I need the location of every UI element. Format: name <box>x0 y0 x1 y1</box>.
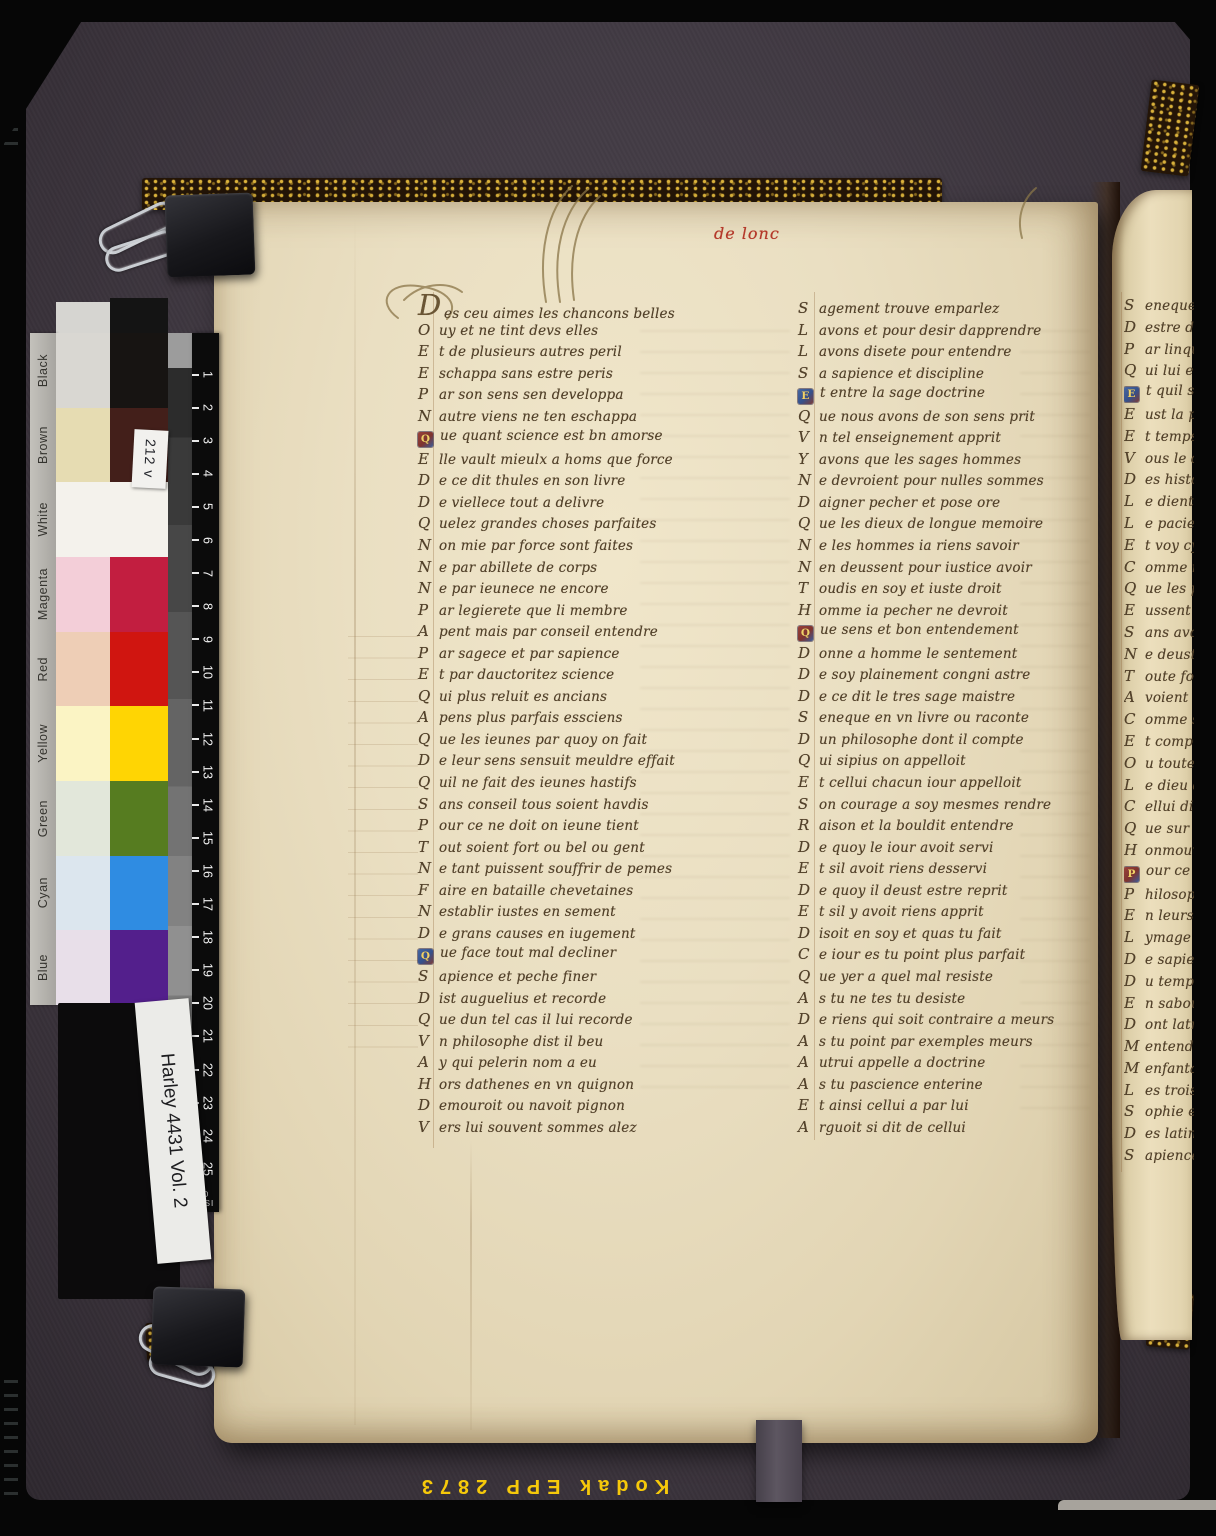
verse-text: onne a homme le sentement <box>819 646 1017 662</box>
ruler-tick <box>192 738 199 740</box>
manuscript-line: Cellui dieu es <box>1124 797 1194 819</box>
verse-text: ue les pa <box>1145 581 1194 597</box>
versal-initial: P <box>418 385 439 403</box>
versal-initial: E <box>1124 906 1145 924</box>
ruler-number: 2 <box>201 404 214 411</box>
verse-text: t par dauctoritez science <box>439 667 614 683</box>
manuscript-line: Nen deussent pour iustice avoir <box>798 558 1054 580</box>
versal-initial: T <box>418 838 439 856</box>
ruler-number: 5 <box>201 503 214 510</box>
verse-text: en deussent pour iustice avoir <box>819 560 1032 576</box>
versal-initial: Q <box>798 751 819 769</box>
color-name-label: Black <box>30 333 56 408</box>
manuscript-line: Philosophes <box>1124 885 1194 907</box>
verse-text: u toutes h <box>1145 756 1194 772</box>
versal-initial: V <box>418 1032 439 1050</box>
ruler-tick <box>192 572 199 574</box>
verse-text: omme ia pecher ne devroit <box>819 603 1008 619</box>
versal-initial: C <box>1124 558 1145 576</box>
manuscript-line: Arguoit si dit de cellui <box>798 1118 1054 1140</box>
verse-text: ors dathenes en vn quignon <box>439 1077 634 1093</box>
verse-text: ar linqui <box>1145 342 1194 358</box>
manuscript-line: Apens plus parfais essciens <box>418 708 675 730</box>
versal-initial: E <box>418 342 439 360</box>
verse-text: emouroit ou navoit pignon <box>439 1098 625 1114</box>
color-tint-patch <box>56 781 110 856</box>
manuscript-line: Que nous avons de son sens prit <box>798 407 1054 429</box>
verse-text: onmouvoie <box>1145 843 1194 859</box>
ruler-tick <box>192 936 199 938</box>
verse-text: autre viens ne ten eschappa <box>439 409 637 425</box>
verse-text: uy et ne tint devs elles <box>439 323 598 339</box>
color-solid-patch <box>110 706 168 781</box>
versal-initial: E <box>418 665 439 683</box>
manuscript-line: Qui sipius on appelloit <box>798 751 1054 773</box>
versal-initial: A <box>798 1053 819 1071</box>
versal-initial: D <box>798 924 819 942</box>
versal-initial: S <box>1124 1146 1145 1164</box>
manuscript-line: Sagement trouve emparlez <box>798 299 1054 321</box>
color-tint-patch <box>56 930 110 1005</box>
verse-text: ar sagece et par sapience <box>439 646 620 662</box>
manuscript-line: Disoit en soy et quas tu fait <box>798 924 1054 946</box>
verse-text: es troisgo <box>1145 1083 1194 1099</box>
versal-initial: D <box>798 687 819 705</box>
versal-initial: S <box>1124 1102 1145 1120</box>
manuscript-line: Par sagece et par sapience <box>418 644 675 666</box>
ruler-mark: 4 <box>192 457 219 490</box>
ruler-mark: 3 <box>192 424 219 457</box>
versal-initial: D <box>798 644 819 662</box>
ruler-mark: 20 <box>192 987 219 1020</box>
versal-initial: L <box>1124 776 1145 794</box>
manuscript-line: Et sil y avoit riens apprit <box>798 902 1054 924</box>
color-chart-row <box>56 557 168 632</box>
manuscript-line: Seneque en vn livre ou raconte <box>798 708 1054 730</box>
versal-initial: D <box>418 493 439 511</box>
verse-text: e quoy le iour avoit servi <box>819 840 994 856</box>
manuscript-line: De leur sens sensuit meuldre effait <box>418 751 675 773</box>
versal-initial: Q <box>798 514 819 532</box>
versal-initial: D <box>1124 470 1145 488</box>
verse-text: t ainsi cellui a par lui <box>819 1098 969 1114</box>
ruler-number: 12 <box>201 732 214 746</box>
ruler-mark: 19 <box>192 954 219 987</box>
color-chart-label-strip: BlackBrownWhiteMagentaRedYellowGreenCyan… <box>30 333 56 1005</box>
versal-initial: V <box>418 1118 439 1136</box>
versal-initial: H <box>418 1075 439 1093</box>
ruler-tick <box>192 638 199 640</box>
verse-text: t sil avoit riens desservi <box>819 861 987 877</box>
color-name-label: Yellow <box>30 706 56 781</box>
manuscript-line: Ne par abillete de corps <box>418 558 675 580</box>
verse-text: ui sipius on appelloit <box>819 753 966 769</box>
ruler-tick <box>192 870 199 872</box>
versal-initial: L <box>1124 514 1145 532</box>
versal-initial: N <box>798 471 819 489</box>
manuscript-line: Quil ne fait des ieunes hastifs <box>418 773 675 795</box>
verse-text: ous le dec <box>1145 451 1194 467</box>
verse-text: e viellece tout a delivre <box>439 495 604 511</box>
manuscript-line: Que les dieux de longue memoire <box>798 514 1054 536</box>
color-tint-patch <box>56 333 110 408</box>
versal-initial: A <box>418 622 439 640</box>
manuscript-line: Dist auguelius et recorde <box>418 989 675 1011</box>
manuscript-line: Quelez grandes choses parfaites <box>418 514 675 536</box>
ruler-number: 14 <box>201 798 214 812</box>
manuscript-line: Que yer a quel mal resiste <box>798 967 1054 989</box>
ruler-tick <box>192 440 199 442</box>
folio-number-label: 212 v <box>132 429 169 489</box>
versal-initial: T <box>1124 667 1145 685</box>
versal-initial: Q <box>798 967 819 985</box>
left-text-column: Des ceu aimes les chancons bellesOuy et … <box>418 299 675 1139</box>
ruler-tick <box>192 837 199 839</box>
manuscript-line: Ay qui pelerin nom a eu <box>418 1053 675 1075</box>
color-chart-row <box>56 632 168 707</box>
verse-text: utrui appelle a doctrine <box>819 1055 985 1071</box>
verse-text: s tu ne tes tu desiste <box>819 991 965 1007</box>
verse-text: voient qu <box>1145 690 1194 706</box>
manuscript-line: Pour ce les <box>1124 863 1194 885</box>
verse-text: t comprem <box>1145 734 1194 750</box>
color-chart-row <box>56 856 168 931</box>
verse-text: eneque qu <box>1145 298 1194 314</box>
manuscript-line: Et sil avoit riens desservi <box>798 859 1054 881</box>
versal-initial: A <box>418 1053 439 1071</box>
ruler-tick <box>192 969 199 971</box>
versal-initial: A <box>798 1032 819 1050</box>
verse-text: avons et pour desir dapprendre <box>819 323 1041 339</box>
verse-text: ue quant science est bn amorse <box>440 428 663 444</box>
verse-text: avons disete pour entendre <box>819 344 1012 360</box>
verse-text: on courage a soy mesmes rendre <box>819 797 1051 813</box>
manuscript-line: Ne les hommes ia riens savoir <box>798 536 1054 558</box>
verse-text: ont latre <box>1145 1017 1194 1033</box>
manuscript-line: Et voy cy co <box>1124 536 1194 558</box>
manuscript-line: Par son sens sen developpa <box>418 385 675 407</box>
manuscript-line: Toudis en soy et iuste droit <box>798 579 1054 601</box>
manuscript-line: Le dieu de <box>1124 776 1194 798</box>
verse-text: on mie par force sont faites <box>439 538 633 554</box>
verse-text: e tant puissent souffrir de pemes <box>439 861 672 877</box>
manuscript-photograph: de lonc Des ceu aimes les chancons belle… <box>0 0 1216 1536</box>
verse-text: aire en bataille chevetaines <box>439 883 633 899</box>
manuscript-line: Vers lui souvent sommes alez <box>418 1118 675 1140</box>
manuscript-line: Avoient qu <box>1124 688 1194 710</box>
manuscript-line: Comme il f <box>1124 558 1194 580</box>
versal-initial: P <box>1124 340 1145 358</box>
film-frame-corner <box>1156 0 1216 70</box>
verse-text: ust la plui <box>1145 407 1194 423</box>
ruler-tick <box>192 473 199 475</box>
verse-text: t de plusieurs autres peril <box>439 344 622 360</box>
manuscript-line: Que sens et bon entendement <box>798 622 1054 644</box>
versal-initial: D <box>798 665 819 683</box>
ruler-tick <box>192 539 199 541</box>
manuscript-line: Par linqui <box>1124 340 1194 362</box>
ruler-tick <box>192 804 199 806</box>
versal-initial: D <box>418 471 439 489</box>
manuscript-line: Des latine <box>1124 1124 1194 1146</box>
ruler-tick <box>192 771 199 773</box>
ruler-number: 17 <box>201 897 214 911</box>
ruler-number: 20 <box>201 996 214 1010</box>
verse-text: e iour es tu point plus parfait <box>819 947 1025 963</box>
verse-text: aigner pecher et pose ore <box>819 495 1000 511</box>
manuscript-line: As tu ne tes tu desiste <box>798 989 1054 1011</box>
manuscript-line: Du temple <box>1124 972 1194 994</box>
versal-initial: E <box>1124 994 1145 1012</box>
versal-initial: P <box>1124 885 1145 903</box>
verse-text: t cellui chacun iour appelloit <box>819 775 1021 791</box>
ruler-number: 19 <box>201 963 214 977</box>
versal-initial: F <box>418 881 439 899</box>
versal-initial: D <box>418 1096 439 1114</box>
manuscript-line: Sapience et peche finer <box>418 967 675 989</box>
versal-initial: L <box>798 342 819 360</box>
versal-initial: A <box>798 1075 819 1093</box>
verse-text: t sil y avoit riens apprit <box>819 904 984 920</box>
manuscript-line: Dun philosophe dont il compte <box>798 730 1054 752</box>
versal-initial: S <box>1124 623 1145 641</box>
versal-initial: L <box>1124 928 1145 946</box>
versal-initial: Q <box>1124 819 1145 837</box>
verse-text: eneque en vn livre ou raconte <box>819 710 1029 726</box>
manuscript-line: Daigner pecher et pose ore <box>798 493 1054 515</box>
manuscript-line: Faire en bataille chevetaines <box>418 881 675 903</box>
verse-text: ans conseil tous soient havdis <box>439 797 649 813</box>
ruler-mark: 5 <box>192 490 219 523</box>
manuscript-line: Destre de co <box>1124 318 1194 340</box>
manuscript-line: Vous le dec <box>1124 449 1194 471</box>
verse-text: estre de co <box>1145 320 1194 336</box>
versal-initial: Q <box>418 432 433 447</box>
versal-initial: E <box>798 773 819 791</box>
ruler-number: 8 <box>201 603 214 610</box>
manuscript-line: Vn philosophe dist il beu <box>418 1032 675 1054</box>
manuscript-line: Hors dathenes en vn quignon <box>418 1075 675 1097</box>
versal-initial: A <box>798 1118 819 1136</box>
manuscript-line: En sabouch <box>1124 994 1194 1016</box>
color-tint-patch <box>56 856 110 931</box>
page-crease <box>470 1140 472 1430</box>
manuscript-line: De quoy il deust estre reprit <box>798 881 1054 903</box>
verse-text: un philosophe dont il compte <box>819 732 1024 748</box>
ruler-number: 24 <box>201 1129 214 1143</box>
versal-initial: Q <box>798 626 813 641</box>
versal-initial: E <box>1124 732 1145 750</box>
manuscript-line: Nestablir iustes en sement <box>418 902 675 924</box>
verse-text: avons que les sages hommes <box>819 452 1021 468</box>
verse-text: ue dun tel cas il lui recorde <box>439 1012 633 1028</box>
verse-text: ar legierete que li membre <box>439 603 628 619</box>
manuscript-line: Et de plusieurs autres peril <box>418 342 675 364</box>
color-name-label: Blue <box>30 930 56 1005</box>
verse-text: apience et peche finer <box>439 969 596 985</box>
manuscript-line: Et temps a <box>1124 427 1194 449</box>
verse-text: ue yer a quel mal resiste <box>819 969 993 985</box>
versal-initial: Q <box>798 407 819 425</box>
versal-initial: S <box>418 795 439 813</box>
verse-text: uil ne fait des ieunes hastifs <box>439 775 637 791</box>
verse-text: ue les ieunes par quoy on fait <box>439 732 647 748</box>
margin-ruling <box>348 636 418 1066</box>
manuscript-line: De grans causes en iugement <box>418 924 675 946</box>
color-name-label: Red <box>30 632 56 707</box>
ruler-number: 15 <box>201 831 214 845</box>
ruler-tick <box>192 1035 199 1037</box>
versal-initial: P <box>418 601 439 619</box>
right-text-column: Sagement trouve emparlezLavons et pour d… <box>798 299 1054 1139</box>
manuscript-line: Que les ieunes par quoy on fait <box>418 730 675 752</box>
versal-initial: H <box>1124 841 1145 859</box>
manuscript-line: Ce iour es tu point plus parfait <box>798 945 1054 967</box>
versal-initial: D <box>798 493 819 511</box>
verse-text: e riens qui soit contraire a meurs <box>819 1012 1054 1028</box>
manuscript-line: Ouy et ne tint devs elles <box>418 321 675 343</box>
verse-text: t voy cy co <box>1145 538 1194 554</box>
ruler-mark: 9 <box>192 623 219 656</box>
manuscript-line: Vn tel enseignement apprit <box>798 428 1054 450</box>
fabric-strap <box>756 1420 802 1502</box>
ruler-mark: 14 <box>192 788 219 821</box>
manuscript-line: De soy plainement congni astre <box>798 665 1054 687</box>
verse-text: n philosophe dist il beu <box>439 1034 603 1050</box>
versal-initial: Q <box>418 687 439 705</box>
manuscript-line: Que quant science est bn amorse <box>418 428 675 450</box>
verse-text: ymage a <box>1145 930 1194 946</box>
color-name-label: Magenta <box>30 557 56 632</box>
versal-initial: E <box>1124 427 1145 445</box>
versal-initial: T <box>798 579 819 597</box>
verse-text: e devroient pour nulles sommes <box>819 473 1044 489</box>
versal-initial: S <box>418 967 439 985</box>
color-tint-patch <box>56 706 110 781</box>
manuscript-line: Ne par ieunece ne encore <box>418 579 675 601</box>
ruler-tick <box>192 671 199 673</box>
versal-initial: Q <box>418 773 439 791</box>
versal-initial: D <box>798 881 819 899</box>
ruler-mark: 10 <box>192 656 219 689</box>
verse-text: e deust fa <box>1145 647 1194 663</box>
manuscript-line: Nautre viens ne ten eschappa <box>418 407 675 429</box>
versal-initial: M <box>1124 1037 1145 1055</box>
versal-initial: E <box>1124 536 1145 554</box>
ruler-tick <box>192 374 199 376</box>
manuscript-line: Elle vault mieulx a homs que force <box>418 450 675 472</box>
verse-text: u temple <box>1145 974 1194 990</box>
versal-initial: E <box>798 902 819 920</box>
color-chart-row <box>56 781 168 856</box>
verse-text: e par abillete de corps <box>439 560 597 576</box>
manuscript-line: Sophie en <box>1124 1102 1194 1124</box>
verse-text: rguoit si dit de cellui <box>819 1120 966 1136</box>
color-tint-patch <box>56 408 110 483</box>
ruler-number: 21 <box>201 1029 214 1043</box>
manuscript-line: Des histoire <box>1124 470 1194 492</box>
verse-text: e leur sens sensuit meuldre effait <box>439 753 675 769</box>
verse-text: n sabouch <box>1145 996 1194 1012</box>
manuscript-line: Demouroit ou navoit pignon <box>418 1096 675 1118</box>
verse-text: uelez grandes choses parfaites <box>439 516 656 532</box>
versal-initial: Q <box>418 1010 439 1028</box>
versal-initial: E <box>1124 387 1139 402</box>
versal-initial: P <box>418 644 439 662</box>
ruler-number: 23 <box>201 1096 214 1110</box>
versal-initial: A <box>798 989 819 1007</box>
manuscript-line: Et comprem <box>1124 732 1194 754</box>
color-solid-patch <box>110 856 168 931</box>
versal-initial: Q <box>418 514 439 532</box>
manuscript-line: Et entre la sage doctrine <box>798 385 1054 407</box>
film-stock-caption: Kodak EPP 2873 <box>372 1474 712 1497</box>
verse-text: es latine <box>1145 1126 1194 1142</box>
ruler-tick <box>192 1002 199 1004</box>
manuscript-line: Et ainsi cellui a par lui <box>798 1096 1054 1118</box>
ruler-number: 4 <box>201 470 214 477</box>
ruler-number: 18 <box>201 930 214 944</box>
ruler-mark: 15 <box>192 821 219 854</box>
versal-initial: E <box>1124 405 1145 423</box>
manuscript-line: Eschappa sans estre peris <box>418 364 675 386</box>
versal-initial: C <box>1124 710 1145 728</box>
versal-initial: D <box>418 989 439 1007</box>
ruler-mark: 6 <box>192 523 219 556</box>
versal-initial: E <box>798 859 819 877</box>
ruler-number: 13 <box>201 765 214 779</box>
manuscript-line: Non mie par force sont faites <box>418 536 675 558</box>
manuscript-line: Et par dauctoritez science <box>418 665 675 687</box>
manuscript-line: De ce dit thules en son livre <box>418 471 675 493</box>
versal-initial: L <box>1124 492 1145 510</box>
verse-text: ue face tout mal decliner <box>440 945 616 961</box>
versal-initial: H <box>798 601 819 619</box>
verse-text: e dieu de <box>1145 778 1194 794</box>
versal-initial: M <box>1124 1059 1145 1077</box>
verse-text: e les hommes ia riens savoir <box>819 538 1019 554</box>
versal-initial: D <box>1124 1124 1145 1142</box>
verse-text: es histoire <box>1145 472 1194 488</box>
manuscript-line: Comme sou <box>1124 710 1194 732</box>
manuscript-line: De viellece tout a delivre <box>418 493 675 515</box>
versal-initial: V <box>1124 449 1145 467</box>
ruler-number: 7 <box>201 570 214 577</box>
color-solid-patch <box>110 930 168 1005</box>
ruler-tick <box>192 903 199 905</box>
ruler-number: 16 <box>201 864 214 878</box>
ruler-mark: 22 <box>192 1053 219 1086</box>
versal-initial: Y <box>798 450 819 468</box>
versal-initial: D <box>798 838 819 856</box>
verse-text: out soient fort ou bel ou gent <box>439 840 645 856</box>
color-tint-patch <box>56 557 110 632</box>
manuscript-line: Qui lui ert <box>1124 361 1194 383</box>
color-solid-patch <box>110 557 168 632</box>
manuscript-line: Lavons et pour desir dapprendre <box>798 321 1054 343</box>
manuscript-line: Que sur tou <box>1124 819 1194 841</box>
verse-text: pens plus parfais essciens <box>439 710 623 726</box>
binder-clip-bottom <box>151 1286 246 1367</box>
manuscript-line: Que les pa <box>1124 579 1194 601</box>
ruler-mark: 11 <box>192 689 219 722</box>
color-name-label: White <box>30 482 56 557</box>
color-solid-patch <box>110 632 168 707</box>
versal-initial: Q <box>418 949 433 964</box>
film-edge-sliver <box>1058 1500 1216 1510</box>
verse-text: apience <box>1145 1148 1194 1164</box>
manuscript-line: Tout soient fort ou bel ou gent <box>418 838 675 860</box>
